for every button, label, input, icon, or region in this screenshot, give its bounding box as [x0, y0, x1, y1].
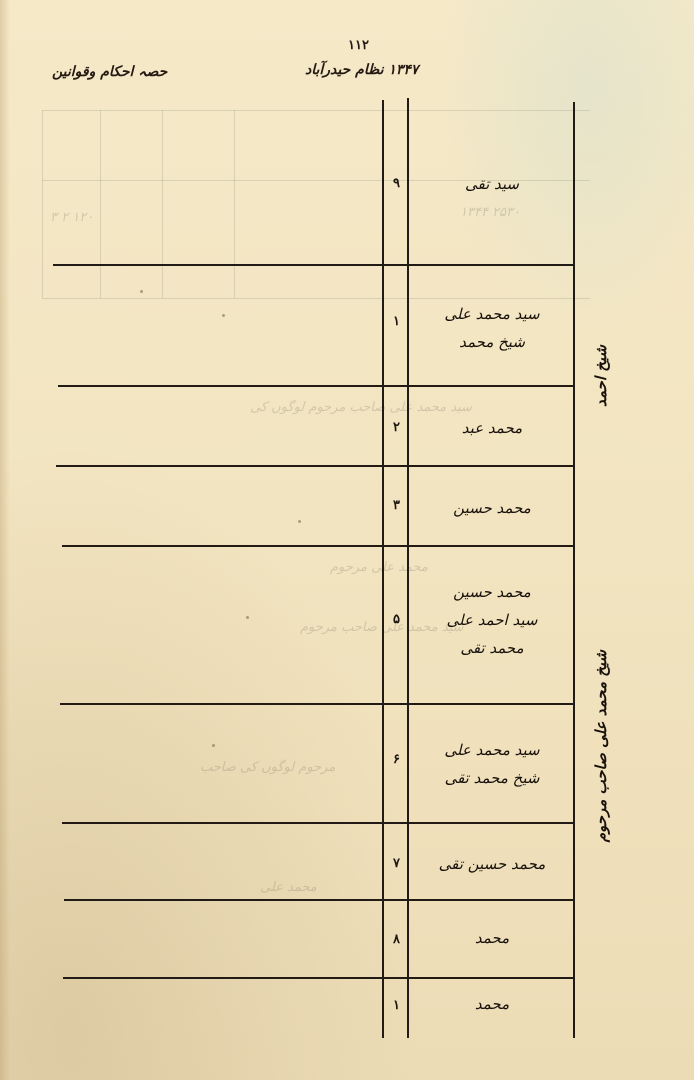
- row-rule: [63, 977, 575, 979]
- publication-header: ۱۳۴۷ نظام حیدرآباد: [305, 62, 418, 78]
- serial-number: ۹: [384, 176, 409, 191]
- column-rule: [407, 98, 409, 1038]
- entry-line: محمد حسین تقی: [412, 850, 572, 878]
- serial-number: ۸: [384, 932, 409, 947]
- vertical-label: شیخ محمد علی صاحب مرحوم: [592, 650, 610, 842]
- row-rule: [60, 703, 575, 705]
- entry-text: محمد عبد: [412, 414, 572, 442]
- entry-text: سید تقی: [412, 170, 572, 198]
- row-rule: [56, 465, 575, 467]
- entry-text: سید محمد علی شیخ محمد تقی: [412, 736, 572, 792]
- serial-number: ۶: [384, 752, 409, 767]
- entry-line: محمد: [412, 990, 572, 1018]
- serial-number: ۱: [384, 998, 409, 1013]
- entry-text: محمد: [412, 990, 572, 1018]
- page-edge: [0, 0, 10, 1080]
- row-rule: [53, 264, 575, 266]
- row-rule: [62, 822, 575, 824]
- entry-line: محمد تقی: [412, 634, 572, 662]
- row-rule: [58, 385, 575, 387]
- entry-text: محمد حسین سید احمد علی محمد تقی: [412, 578, 572, 662]
- section-title: حصہ احکام وقوانین: [52, 64, 167, 80]
- row-rule: [64, 899, 575, 901]
- column-rule: [573, 102, 575, 1038]
- entry-text: محمد حسین: [412, 494, 572, 522]
- entry-line: سید تقی: [412, 170, 572, 198]
- serial-number: ۲: [384, 420, 409, 435]
- serial-number: ۳: [384, 498, 409, 513]
- serial-number: ۵: [384, 612, 409, 627]
- page-number: ۱۱۲: [348, 38, 369, 53]
- entry-line: شیخ محمد: [412, 328, 572, 356]
- serial-number: ۷: [384, 856, 409, 871]
- entry-line: سید محمد علی: [412, 736, 572, 764]
- entry-line: محمد حسین: [412, 578, 572, 606]
- entry-line: محمد عبد: [412, 414, 572, 442]
- row-rule: [62, 545, 575, 547]
- serial-number: ۱: [384, 314, 409, 329]
- entry-line: شیخ محمد تقی: [412, 764, 572, 792]
- column-rule: [382, 100, 384, 1038]
- entry-line: محمد حسین: [412, 494, 572, 522]
- entry-line: سید احمد علی: [412, 606, 572, 634]
- entry-text: محمد حسین تقی: [412, 850, 572, 878]
- vertical-label: شیخ احمد: [592, 345, 610, 407]
- entry-line: سید محمد علی: [412, 300, 572, 328]
- entry-text: سید محمد علی شیخ محمد: [412, 300, 572, 356]
- entry-text: محمد: [412, 924, 572, 952]
- entry-line: محمد: [412, 924, 572, 952]
